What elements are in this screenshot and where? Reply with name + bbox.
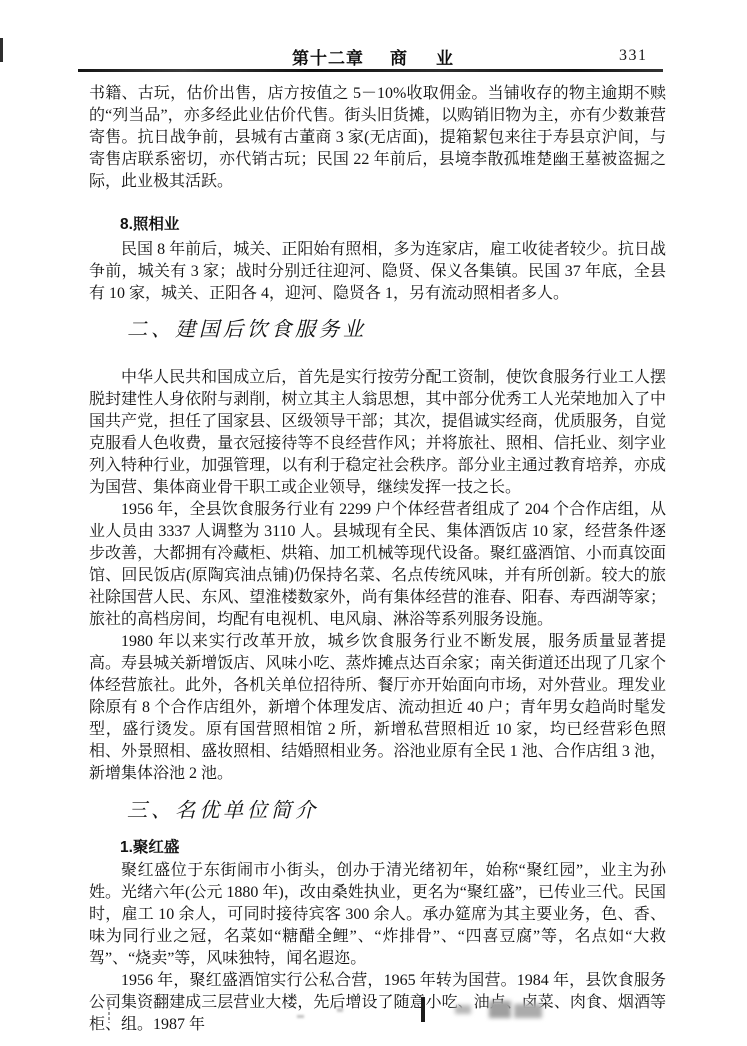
body-paragraph: 聚红盛位于东街闹市小街头，创办于清光绪初年，始称“聚红园”，业主为孙姓。光绪六年… (89, 860, 666, 970)
scan-artifact-left-edge (0, 38, 3, 62)
page-number: 331 (619, 47, 648, 65)
body-paragraph: 中华人民共和国成立后，首先是实行按劳分配工资制，使饮食服务行业工人摆脱封建性人身… (89, 367, 666, 499)
section-heading-post-1949-catering: 二、建国后饮食服务业 (89, 317, 666, 343)
header-rule (78, 69, 663, 72)
scan-artifact-dot (337, 1008, 343, 1012)
scan-artifact-smudge (514, 1004, 542, 1018)
subsection-heading-photography: 8.照相业 (89, 214, 666, 236)
body-paragraph: 1956 年，聚红盛酒馆实行公私合营，1965 年转为国营。1984 年，县饮食… (89, 970, 666, 1036)
body-paragraph: 书籍、古玩，估价出售，店方按值之 5－10%收取佣金。当铺收存的物主逾期不赎的“… (89, 83, 666, 193)
scanned-book-page: 第十二章 商 业 331 书籍、古玩，估价出售，店方按值之 5－10%收取佣金。… (0, 0, 747, 1046)
section-heading-notable-units: 三、名优单位简介 (89, 798, 666, 824)
scan-artifact-vertical-bar (421, 997, 425, 1022)
body-paragraph: 民国 8 年前后，城关、正阳始有照相，多为连家店，雇工收徒者较少。抗日战争前，城… (89, 239, 666, 305)
scan-artifact-smudge (489, 1001, 511, 1018)
subsection-heading-juhongsheng: 1.聚红盛 (89, 837, 666, 859)
running-header: 第十二章 商 业 (88, 44, 663, 69)
body-paragraph: 1980 年以来实行改革开放，城乡饮食服务行业不断发展，服务质量显著提高。寿县城… (89, 631, 666, 785)
scan-artifact-smudge (455, 1005, 471, 1014)
scan-artifact-dot (297, 1015, 304, 1018)
body-paragraph: 1956 年，全县饮食服务行业有 2299 户个体经营者组成了 204 个合作店… (89, 499, 666, 631)
chapter-label: 第十二章 (292, 44, 364, 69)
content-column: 书籍、古玩，估价出售，店方按值之 5－10%收取佣金。当铺收存的物主逾期不赎的“… (89, 83, 666, 1036)
chapter-title: 商 业 (390, 44, 459, 69)
scan-artifact-dotted-line (108, 997, 110, 1023)
